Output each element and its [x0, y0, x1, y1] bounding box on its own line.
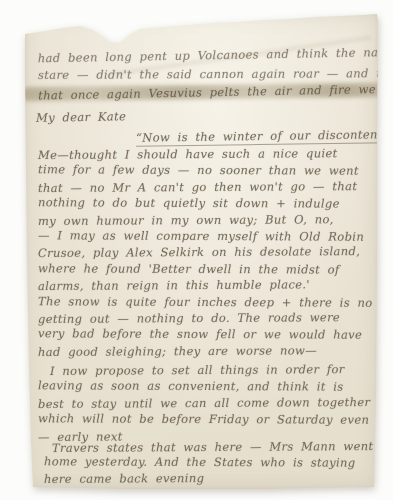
letter-line: time for a few days — no sooner than we … [38, 162, 373, 180]
quote-text: “Now is the winter of our discontent” [136, 127, 389, 147]
paragraph-2: I now propose to set all things in order… [38, 362, 370, 444]
paper-shadow-wrap: had been long pent up Volcanoes and thin… [0, 0, 393, 500]
top-fragment-lines: had been long pent up Volcanoes and thin… [38, 44, 393, 103]
opening-quote-line: “Now is the winter of our discontent” [136, 127, 389, 145]
letter-line: my own humour in my own way; But O, no, [38, 211, 373, 229]
letter-line: had good sleighing; they are worse now— [38, 342, 373, 360]
salutation: My dear Kate [36, 109, 126, 125]
letter-line: home yesterday. And the States who is st… [44, 455, 374, 472]
letter-line: leaving as soon as convenient, and think… [38, 378, 370, 396]
letter-line: best to stay until we can all come down … [38, 394, 370, 412]
letter-line: nothing to do but quietly sit down + ind… [38, 194, 373, 212]
letter-line: here came back evening [44, 470, 374, 487]
paragraph-3: Travers states that was here — Mrs Mann … [44, 440, 374, 486]
letter-line: The snow is quite four inches deep + the… [38, 293, 373, 311]
letter-paper: had been long pent up Volcanoes and thin… [25, 13, 378, 489]
letter-photograph: had been long pent up Volcanoes and thin… [0, 0, 393, 500]
letter-line: very bad before the snow fell or we woul… [38, 326, 373, 344]
letter-line: Crusoe, play Alex Selkirk on his desolat… [38, 243, 373, 261]
letter-line: that — no Mr A can't go then won't go — … [38, 178, 373, 196]
paragraph-1: Me—thought I should have such a nice qui… [38, 146, 373, 359]
letter-line: alarms, than reign in this humble place.… [38, 276, 373, 294]
letter-line: which will not be before Friday or Satur… [38, 410, 370, 428]
